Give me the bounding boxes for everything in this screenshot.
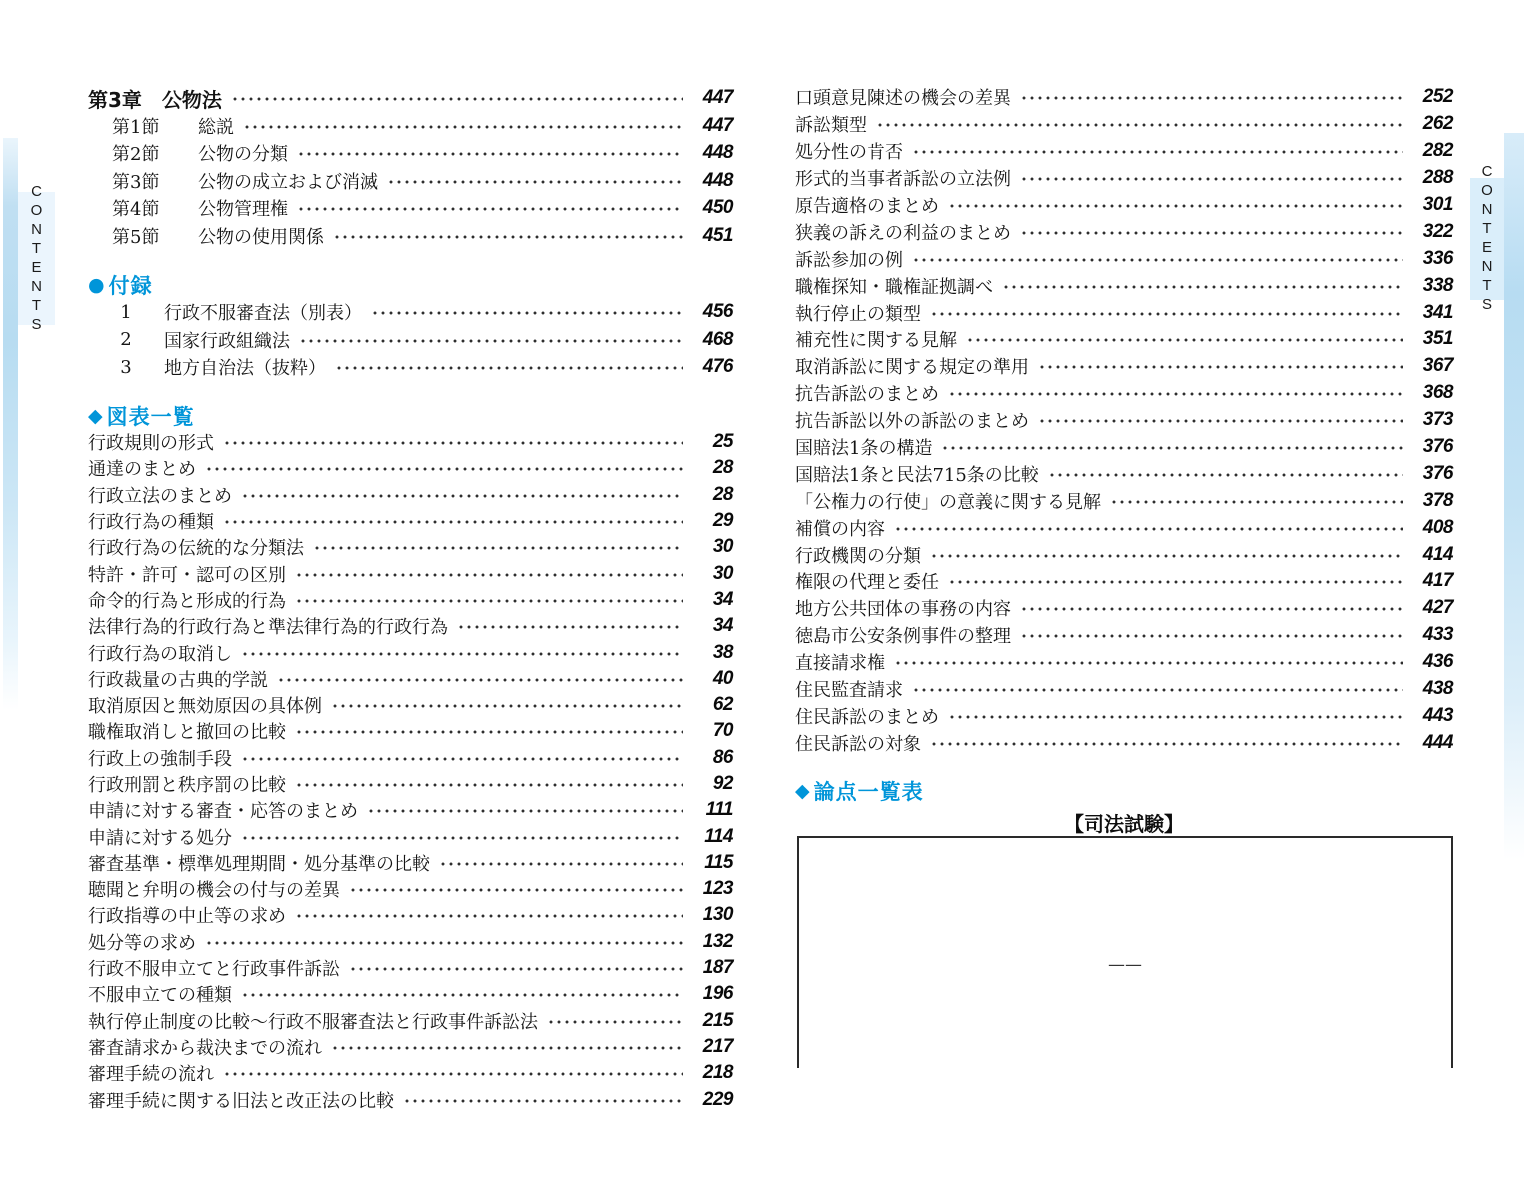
left-column: 第3章 公物法 447 第1節 総説 447 第2節 公物の分類 448 — [88, 84, 733, 1113]
figure-title: 地方公共団体の事務の内容 — [795, 595, 1011, 621]
figure-row: 住民訴訟の対象 444 — [795, 729, 1453, 756]
appendix-heading: ● 付録 — [88, 272, 733, 299]
figure-title: 形式的当事者訴訟の立法例 — [795, 165, 1011, 191]
figure-page-number: 414 — [1409, 544, 1453, 566]
dot-leader — [295, 728, 683, 736]
section-row: 第3節 公物の成立および消滅 448 — [88, 167, 733, 195]
circle-bullet-icon: ● — [88, 274, 106, 296]
figure-row: 通達のまとめ 28 — [88, 455, 733, 481]
dot-leader — [912, 148, 1403, 156]
figure-row: 審理手続に関する旧法と改正法の比較 229 — [88, 1086, 733, 1112]
figure-page-number: 111 — [689, 799, 733, 821]
figure-title: 抗告訴訟のまとめ — [795, 380, 939, 406]
figure-title: 審査請求から裁決までの流れ — [88, 1034, 322, 1060]
section-title: 公物の成立および消滅 — [198, 168, 378, 194]
figure-title: 行政不服申立てと行政事件訴訟 — [88, 955, 340, 981]
figure-title: 訴訟参加の例 — [795, 246, 903, 272]
figure-page-number: 34 — [689, 615, 733, 637]
figure-row: 権限の代理と委任 417 — [795, 568, 1453, 595]
figure-row: 徳島市公安条例事件の整理 433 — [795, 622, 1453, 649]
dot-leader — [876, 121, 1403, 129]
dot-leader — [367, 807, 683, 815]
figure-page-number: 367 — [1409, 355, 1453, 377]
section-number: 第4節 — [112, 195, 174, 221]
section-row: 第4節 公物管理権 450 — [88, 195, 733, 223]
appendix-number: 1 — [116, 302, 136, 323]
dot-leader — [1038, 417, 1403, 425]
figure-row: 行政上の強制手段 86 — [88, 745, 733, 771]
appendix-page-number: 476 — [689, 356, 733, 378]
dot-leader — [403, 1097, 683, 1105]
dot-leader — [205, 939, 683, 947]
figure-title: 不服申立ての種類 — [88, 981, 232, 1007]
figure-page-number: 30 — [689, 563, 733, 585]
figure-page-number: 114 — [689, 826, 733, 848]
figure-page-number: 338 — [1409, 275, 1453, 297]
figure-title: 執行停止の類型 — [795, 300, 921, 326]
figure-page-number: 123 — [689, 878, 733, 900]
figure-title: 取消訴訟に関する規定の準用 — [795, 353, 1029, 379]
dot-leader — [223, 518, 683, 526]
figure-title: 「公権力の行使」の意義に関する見解 — [795, 488, 1101, 514]
figure-page-number: 25 — [689, 431, 733, 453]
figure-row: 「公権力の行使」の意義に関する見解 378 — [795, 487, 1453, 514]
dot-leader — [894, 525, 1403, 533]
dot-leader — [948, 202, 1403, 210]
appendix-title: 地方自治法（抜粋） — [164, 354, 326, 380]
figure-row: 抗告訴訟以外の訴訟のまとめ 373 — [795, 407, 1453, 434]
dot-leader — [1020, 229, 1403, 237]
figure-row: 抗告訴訟のまとめ 368 — [795, 380, 1453, 407]
dot-leader — [894, 659, 1403, 667]
figure-title: 行政立法のまとめ — [88, 482, 232, 508]
figure-page-number: 378 — [1409, 490, 1453, 512]
dot-leader — [387, 178, 683, 186]
figure-title: 徳島市公安条例事件の整理 — [795, 622, 1011, 648]
section-page-number: 448 — [689, 170, 733, 192]
figure-page-number: 322 — [1409, 221, 1453, 243]
appendix-heading-label: 付録 — [109, 270, 153, 300]
figure-page-number: 433 — [1409, 624, 1453, 646]
appendix-title: 国家行政組織法 — [164, 327, 290, 353]
figure-page-number: 40 — [689, 668, 733, 690]
section-number: 第1節 — [112, 113, 174, 139]
figure-page-number: 62 — [689, 694, 733, 716]
figure-page-number: 373 — [1409, 409, 1453, 431]
appendix-row: 2 国家行政組織法 468 — [88, 326, 733, 354]
dot-leader — [241, 650, 683, 658]
figure-title: 狭義の訴えの利益のまとめ — [795, 219, 1011, 245]
figure-title: 行政刑罰と秩序罰の比較 — [88, 771, 286, 797]
dot-leader — [1110, 498, 1403, 506]
diamond-bullet-icon: ◆ — [88, 405, 104, 427]
dot-leader — [243, 123, 683, 131]
exam-issues-table: 年度 論点名 備考 該当頁 H18 無効等確認訴訟 351 実質的当事者訴訟（公… — [797, 836, 1453, 1068]
figure-row: 審査基準・標準処理期間・処分基準の比較 115 — [88, 850, 733, 876]
dot-leader — [948, 578, 1403, 586]
figure-row: 不服申立ての種類 196 — [88, 981, 733, 1007]
figure-page-number: 288 — [1409, 167, 1453, 189]
dot-leader — [941, 444, 1403, 452]
section-title: 公物の分類 — [198, 140, 288, 166]
figure-title: 行政指導の中止等の求め — [88, 902, 286, 928]
section-title: 公物管理権 — [198, 195, 288, 221]
dot-leader — [349, 886, 683, 894]
left-edge-bar — [3, 138, 18, 710]
figure-row: 申請に対する処分 114 — [88, 823, 733, 849]
right-contents-tab: CONTENTS — [1470, 178, 1504, 300]
figure-title: 職権探知・職権証拠調べ — [795, 273, 993, 299]
figure-title: 聴聞と弁明の機会の付与の差異 — [88, 876, 340, 902]
figure-page-number: 438 — [1409, 678, 1453, 700]
figure-page-number: 282 — [1409, 140, 1453, 162]
figure-row: 特許・許可・認可の区別 30 — [88, 560, 733, 586]
dot-leader — [299, 337, 683, 345]
figure-page-number: 218 — [689, 1062, 733, 1084]
figure-row: 法律行為的行政行為と準法律行為的行政行為 34 — [88, 613, 733, 639]
figure-page-number: 28 — [689, 484, 733, 506]
section-page-number: 448 — [689, 142, 733, 164]
figure-row: 形式的当事者訴訟の立法例 288 — [795, 165, 1453, 192]
section-row: 第1節 総説 447 — [88, 112, 733, 140]
dot-leader — [1020, 605, 1403, 613]
figure-row: 行政立法のまとめ 28 — [88, 482, 733, 508]
figure-page-number: 215 — [689, 1010, 733, 1032]
figure-title: 住民訴訟の対象 — [795, 730, 921, 756]
dot-leader — [331, 1044, 683, 1052]
figure-title: 住民監査請求 — [795, 676, 903, 702]
left-contents-label: CONTENTS — [28, 183, 45, 335]
figure-title: 行政上の強制手段 — [88, 745, 232, 771]
figure-title: 処分性の肯否 — [795, 138, 903, 164]
figure-row: 国賠法1条と民法715条の比較 376 — [795, 460, 1453, 487]
figure-row: 行政行為の種類 29 — [88, 508, 733, 534]
figure-page-number: 86 — [689, 747, 733, 769]
figure-title: 訴訟類型 — [795, 111, 867, 137]
dot-leader — [231, 95, 683, 103]
section-number: 第3節 — [112, 168, 174, 194]
figure-page-number: 187 — [689, 957, 733, 979]
figure-page-number: 427 — [1409, 597, 1453, 619]
figure-row: 地方公共団体の事務の内容 427 — [795, 595, 1453, 622]
dot-leader — [313, 544, 683, 552]
section-title: 総説 — [198, 113, 234, 139]
figure-title: 申請に対する処分 — [88, 824, 232, 850]
figures-heading: ◆ 図表一覧 — [88, 402, 733, 429]
figure-title: 行政行為の取消し — [88, 640, 232, 666]
figure-page-number: 301 — [1409, 194, 1453, 216]
figure-list-left: 行政規則の形式 25 通達のまとめ 28 行政立法のまとめ 28 — [88, 429, 733, 1113]
dot-leader — [457, 623, 683, 631]
chapter-title: 公物法 — [162, 84, 222, 113]
appendix-title: 行政不服審査法（別表） — [164, 299, 362, 325]
exam-table-wrapper: 年度 論点名 備考 該当頁 H18 無効等確認訴訟 351 実質的当事者訴訟（公… — [797, 836, 1455, 1068]
dot-leader — [335, 364, 683, 372]
figure-row: 行政規則の形式 25 — [88, 429, 733, 455]
figure-page-number: 34 — [689, 589, 733, 611]
figure-row: 住民監査請求 438 — [795, 676, 1453, 703]
dot-leader — [205, 465, 683, 473]
figure-row: 審査請求から裁決までの流れ 217 — [88, 1034, 733, 1060]
figure-title: 住民訴訟のまとめ — [795, 703, 939, 729]
figure-row: 取消原因と無効原因の具体例 62 — [88, 692, 733, 718]
figure-title: 補充性に関する見解 — [795, 326, 957, 352]
figure-row: 聴聞と弁明の機会の付与の差異 123 — [88, 876, 733, 902]
figure-row: 補充性に関する見解 351 — [795, 326, 1453, 353]
dot-leader — [371, 309, 683, 317]
dot-leader — [948, 713, 1403, 721]
figure-page-number: 29 — [689, 510, 733, 532]
figure-title: 通達のまとめ — [88, 455, 196, 481]
appendix-page-number: 468 — [689, 329, 733, 351]
dot-leader — [241, 492, 683, 500]
section-page-number: 447 — [689, 115, 733, 137]
figure-title: 審理手続に関する旧法と改正法の比較 — [88, 1087, 394, 1113]
figure-row: 審理手続の流れ 218 — [88, 1060, 733, 1086]
dot-leader — [1002, 283, 1403, 291]
figure-row: 訴訟参加の例 336 — [795, 245, 1453, 272]
dot-leader — [912, 256, 1403, 264]
dot-leader — [1020, 632, 1403, 640]
figure-page-number: 376 — [1409, 463, 1453, 485]
figure-page-number: 351 — [1409, 328, 1453, 350]
figure-title: 執行停止制度の比較～行政不服審査法と行政事件訴訟法 — [88, 1008, 538, 1034]
figure-title: 抗告訴訟以外の訴訟のまとめ — [795, 407, 1029, 433]
diamond-bullet-icon: ◆ — [795, 780, 811, 802]
figure-list-right: 口頭意見陳述の機会の差異 252 訴訟類型 262 処分性の肯否 282 — [795, 84, 1453, 756]
dot-leader — [948, 390, 1403, 398]
figure-page-number: 229 — [689, 1089, 733, 1111]
dot-leader — [930, 740, 1403, 748]
dot-leader — [297, 150, 683, 158]
figure-page-number: 252 — [1409, 86, 1453, 108]
figure-row: 処分性の肯否 282 — [795, 138, 1453, 165]
figure-page-number: 30 — [689, 536, 733, 558]
figure-row: 直接請求権 436 — [795, 649, 1453, 676]
issues-heading-label: 論点一覧表 — [814, 776, 924, 806]
section-row: 第2節 公物の分類 448 — [88, 140, 733, 168]
dot-leader — [297, 205, 683, 213]
figure-title: 処分等の求め — [88, 929, 196, 955]
dot-leader — [223, 1070, 683, 1078]
appendix-number: 3 — [116, 357, 136, 378]
section-number: 第5節 — [112, 223, 174, 249]
figure-title: 国賠法1条の構造 — [795, 434, 932, 460]
appendix-page-number: 456 — [689, 301, 733, 323]
toc-page: CONTENTS CONTENTS 第3章 公物法 447 第1節 総説 447 — [0, 0, 1524, 1200]
dot-leader — [333, 233, 683, 241]
figure-title: 原告適格のまとめ — [795, 192, 939, 218]
section-page-number: 451 — [689, 225, 733, 247]
figure-page-number: 115 — [689, 852, 733, 874]
figure-title: 権限の代理と委任 — [795, 568, 939, 594]
figure-row: 申請に対する審査・応答のまとめ 111 — [88, 797, 733, 823]
figure-title: 申請に対する審査・応答のまとめ — [88, 797, 358, 823]
figure-page-number: 417 — [1409, 570, 1453, 592]
dot-leader — [241, 991, 683, 999]
figure-row: 行政不服申立てと行政事件訴訟 187 — [88, 955, 733, 981]
figure-page-number: 443 — [1409, 705, 1453, 727]
figure-row: 狭義の訴えの利益のまとめ 322 — [795, 218, 1453, 245]
dot-leader — [930, 310, 1403, 318]
figure-title: 行政裁量の古典的学説 — [88, 666, 268, 692]
appendix-number: 2 — [116, 329, 136, 350]
figure-title: 行政行為の伝統的な分類法 — [88, 534, 304, 560]
figures-heading-label: 図表一覧 — [107, 401, 195, 431]
figure-page-number: 28 — [689, 457, 733, 479]
chapter-number: 第3章 — [88, 84, 142, 113]
figure-row: 住民訴訟のまとめ 443 — [795, 702, 1453, 729]
dot-leader — [295, 912, 683, 920]
figure-title: 行政機関の分類 — [795, 542, 921, 568]
figure-title: 行政行為の種類 — [88, 508, 214, 534]
figure-page-number: 336 — [1409, 248, 1453, 270]
appendix-row: 1 行政不服審査法（別表） 456 — [88, 299, 733, 327]
figure-title: 審査基準・標準処理期間・処分基準の比較 — [88, 850, 430, 876]
figure-row: 訴訟類型 262 — [795, 111, 1453, 138]
figure-row: 行政指導の中止等の求め 130 — [88, 902, 733, 928]
figure-title: 命令的行為と形成的行為 — [88, 587, 286, 613]
figure-page-number: 132 — [689, 931, 733, 953]
figure-row: 職権探知・職権証拠調べ 338 — [795, 272, 1453, 299]
dot-leader — [930, 552, 1403, 560]
figure-title: 行政規則の形式 — [88, 429, 214, 455]
dot-leader — [331, 702, 683, 710]
dot-leader — [439, 860, 683, 868]
figure-page-number: 70 — [689, 720, 733, 742]
dot-leader — [547, 1018, 683, 1026]
dot-leader — [1020, 175, 1403, 183]
dot-leader — [241, 755, 683, 763]
figure-page-number: 262 — [1409, 113, 1453, 135]
dot-leader — [277, 676, 683, 684]
exam-table-title: 【司法試験】 — [795, 808, 1453, 834]
figure-title: 法律行為的行政行為と準法律行為的行政行為 — [88, 613, 448, 639]
figure-page-number: 368 — [1409, 382, 1453, 404]
figure-page-number: 196 — [689, 983, 733, 1005]
figure-row: 国賠法1条の構造 376 — [795, 434, 1453, 461]
figure-row: 執行停止制度の比較～行政不服審査法と行政事件訴訟法 215 — [88, 1008, 733, 1034]
issue-page-cell: —— — [799, 838, 1451, 1068]
figure-page-number: 92 — [689, 773, 733, 795]
right-column: 口頭意見陳述の機会の差異 252 訴訟類型 262 処分性の肯否 282 — [795, 84, 1453, 1068]
section-title: 公物の使用関係 — [198, 223, 324, 249]
section-number: 第2節 — [112, 140, 174, 166]
figure-title: 直接請求権 — [795, 649, 885, 675]
dot-leader — [1020, 94, 1403, 102]
figure-page-number: 444 — [1409, 732, 1453, 754]
figure-row: 行政機関の分類 414 — [795, 541, 1453, 568]
dot-leader — [223, 439, 683, 447]
figure-title: 特許・許可・認可の区別 — [88, 561, 286, 587]
figure-row: 処分等の求め 132 — [88, 929, 733, 955]
dot-leader — [295, 571, 683, 579]
figure-row: 行政刑罰と秩序罰の比較 92 — [88, 771, 733, 797]
figure-row: 補償の内容 408 — [795, 514, 1453, 541]
figure-page-number: 376 — [1409, 436, 1453, 458]
figure-page-number: 38 — [689, 642, 733, 664]
dot-leader — [1038, 363, 1403, 371]
figure-page-number: 408 — [1409, 517, 1453, 539]
figure-page-number: 130 — [689, 904, 733, 926]
figure-title: 補償の内容 — [795, 515, 885, 541]
figure-row: 行政行為の伝統的な分類法 30 — [88, 534, 733, 560]
dot-leader — [1048, 471, 1403, 479]
figure-row: 行政裁量の古典的学説 40 — [88, 666, 733, 692]
dot-leader — [349, 965, 683, 973]
right-contents-label: CONTENTS — [1479, 163, 1496, 315]
left-contents-tab: CONTENTS — [18, 192, 55, 325]
chapter-page-number: 447 — [689, 87, 733, 109]
figure-row: 原告適格のまとめ 301 — [795, 192, 1453, 219]
figure-title: 取消原因と無効原因の具体例 — [88, 692, 322, 718]
chapter-row: 第3章 公物法 447 — [88, 84, 733, 112]
figure-row: 口頭意見陳述の機会の差異 252 — [795, 84, 1453, 111]
dot-leader — [295, 597, 683, 605]
figure-title: 職権取消しと撤回の比較 — [88, 718, 286, 744]
figure-row: 取消訴訟に関する規定の準用 367 — [795, 353, 1453, 380]
dot-leader — [241, 834, 683, 842]
figure-row: 職権取消しと撤回の比較 70 — [88, 718, 733, 744]
figure-page-number: 436 — [1409, 651, 1453, 673]
dot-leader — [912, 686, 1403, 694]
figure-row: 命令的行為と形成的行為 34 — [88, 587, 733, 613]
issues-heading: ◆ 論点一覧表 — [795, 777, 1453, 804]
section-list: 第1節 総説 447 第2節 公物の分類 448 第3節 公物の成立および消滅 — [88, 112, 733, 250]
dot-leader — [295, 781, 683, 789]
figure-title: 口頭意見陳述の機会の差異 — [795, 84, 1011, 110]
figure-row: 執行停止の類型 341 — [795, 299, 1453, 326]
figure-page-number: 341 — [1409, 302, 1453, 324]
figure-page-number: 217 — [689, 1036, 733, 1058]
right-edge-bar — [1504, 133, 1524, 860]
section-row: 第5節 公物の使用関係 451 — [88, 222, 733, 250]
dot-leader — [966, 336, 1403, 344]
appendix-row: 3 地方自治法（抜粋） 476 — [88, 354, 733, 382]
figure-title: 国賠法1条と民法715条の比較 — [795, 461, 1039, 487]
figure-title: 審理手続の流れ — [88, 1060, 214, 1086]
appendix-list: 1 行政不服審査法（別表） 456 2 国家行政組織法 468 3 地方自治法（… — [88, 299, 733, 382]
section-page-number: 450 — [689, 197, 733, 219]
figure-row: 行政行為の取消し 38 — [88, 639, 733, 665]
